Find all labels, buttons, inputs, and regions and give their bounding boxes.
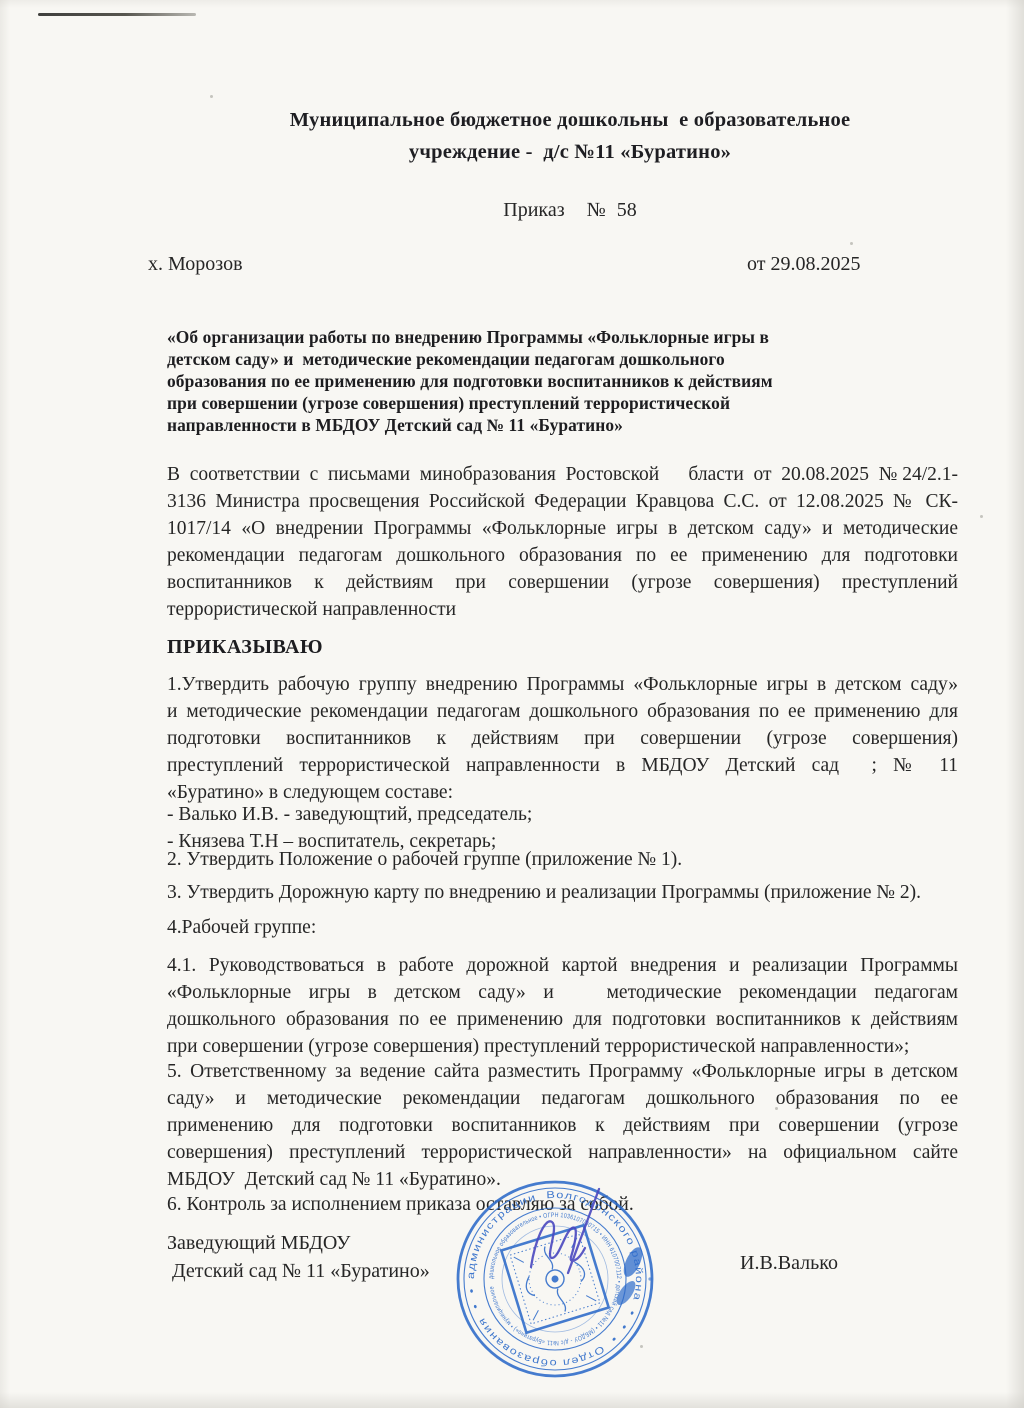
item-line: 1.Утвердить рабочую группу внедрению Про… xyxy=(167,671,958,698)
scan-artifact-line xyxy=(38,13,196,16)
order-date: от 29.08.2025 xyxy=(747,253,860,276)
order-item-5: 5. Ответственному за ведение сайта разме… xyxy=(167,1058,958,1193)
place-name: х. Морозов xyxy=(148,253,243,276)
item-line: при совершении (угрозе совершения) прест… xyxy=(167,1033,958,1060)
official-stamp: администрации Волгодонского района • • •… xyxy=(452,1176,658,1382)
scanned-order-document: Муниципальное бюджетное дошкольны е обра… xyxy=(0,0,1024,1408)
item-line: и методические рекомендации педагогам до… xyxy=(167,698,958,725)
intro-line: террористической направленности xyxy=(167,596,958,623)
item-line: саду» и методические рекомендации педаго… xyxy=(167,1085,958,1112)
stamp-emblem-center-dot xyxy=(551,1275,560,1284)
order-item-4: 4.Рабочей группе: xyxy=(167,914,958,941)
org-header: Муниципальное бюджетное дошкольны е обра… xyxy=(170,104,970,168)
subject-line: «Об организации работы по внедрению Прог… xyxy=(167,326,787,348)
item-line: подготовки воспитанников к действиям при… xyxy=(167,725,958,752)
item-line: 5. Ответственному за ведение сайта разме… xyxy=(167,1058,958,1085)
subject-line: образования по ее применению для подгото… xyxy=(167,370,787,392)
intro-paragraph: В соответствии с письмами минобразования… xyxy=(167,461,958,623)
item-line: дошкольного образования по ее применению… xyxy=(167,1006,958,1033)
workgroup-member-1: - Валько И.В. - заведующтий, председател… xyxy=(167,801,958,828)
scan-speck xyxy=(210,95,213,98)
signatory-role-line1: Заведующий МБДОУ xyxy=(167,1229,430,1257)
item-line: 3. Утвердить Дорожную карту по внедрению… xyxy=(167,879,958,906)
item-line: совершения) преступлений террористическо… xyxy=(167,1139,958,1166)
subject-line: при совершении (угрозе совершения) прест… xyxy=(167,392,787,414)
subject-line: детском саду» и методические рекомендаци… xyxy=(167,348,787,370)
intro-line: воспитанников к действиям при совершении… xyxy=(167,569,958,596)
intro-line: В соответствии с письмами минобразования… xyxy=(167,461,958,488)
item-line: преступлений террористической направленн… xyxy=(167,752,958,779)
signatory-role: Заведующий МБДОУ Детский сад № 11 «Бурат… xyxy=(167,1229,430,1285)
order-item-1: 1.Утвердить рабочую группу внедрению Про… xyxy=(167,671,958,806)
order-item-4-1: 4.1. Руководствоваться в работе дорожной… xyxy=(167,952,958,1060)
item-line: 4.1. Руководствоваться в работе дорожной… xyxy=(167,952,958,979)
item-line: «Фольклорные игры в детском саду» и мето… xyxy=(167,979,958,1006)
intro-line: 1017/14 «О внедрении Программы «Фольклор… xyxy=(167,515,958,542)
org-name-line2: учреждение - д/с №11 «Буратино» xyxy=(170,136,970,168)
item-line: 2. Утвердить Положение о рабочей группе … xyxy=(167,846,958,873)
org-name-line1: Муниципальное бюджетное дошкольны е обра… xyxy=(170,104,970,136)
item-line: применению для подготовки воспитанников … xyxy=(167,1112,958,1139)
scan-speck xyxy=(850,242,853,245)
order-item-3: 3. Утвердить Дорожную карту по внедрению… xyxy=(167,879,958,906)
order-subject: «Об организации работы по внедрению Прог… xyxy=(167,326,787,436)
resolution-heading: ПРИКАЗЫВАЮ xyxy=(167,636,323,659)
subject-line: направленности в МБДОУ Детский сад № 11 … xyxy=(167,414,787,436)
signatory-role-line2: Детский сад № 11 «Буратино» xyxy=(167,1257,430,1285)
scan-speck xyxy=(980,515,983,518)
intro-line: рекомендации педагогам дошкольного образ… xyxy=(167,542,958,569)
intro-line: 3136 Министра просвещения Российской Фед… xyxy=(167,488,958,515)
order-item-2: 2. Утвердить Положение о рабочей группе … xyxy=(167,846,958,873)
item-line: 4.Рабочей группе: xyxy=(167,914,958,941)
signatory-name: И.В.Валько xyxy=(740,1252,838,1275)
order-number-title: Приказ № 58 xyxy=(170,199,970,222)
